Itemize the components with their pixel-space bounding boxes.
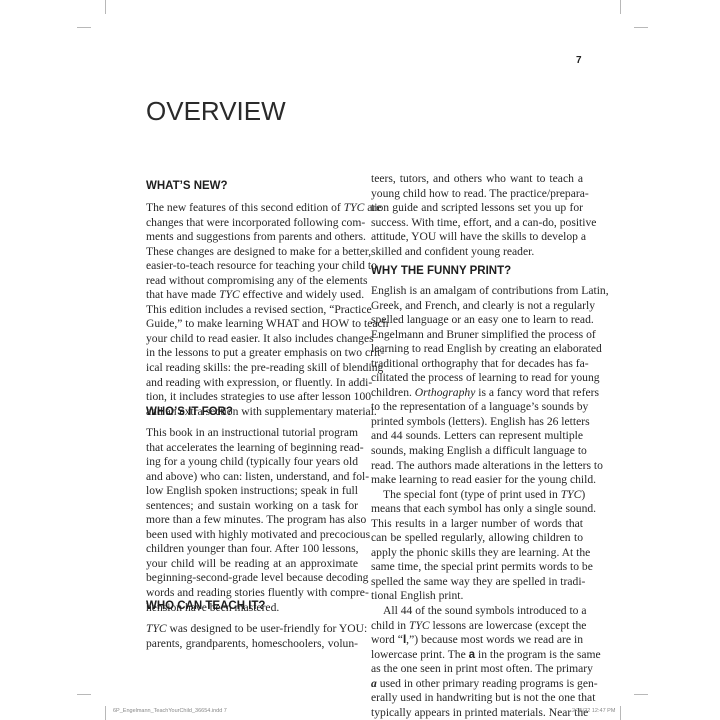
text-line: The new features of this second edition … — [146, 201, 358, 216]
heading-whats-new: WHAT’S NEW? — [146, 180, 228, 192]
text-line: as the one seen in print most often. The… — [371, 662, 583, 677]
text-line: that have made TYC effective and widely … — [146, 288, 358, 303]
text-line: learning to read English by creating an … — [371, 342, 583, 357]
text-line: This book in an instructional tutorial p… — [146, 426, 358, 441]
text-line: sounds, making English a difficult langu… — [371, 444, 583, 459]
text-line: Engelmann and Bruner simplified the proc… — [371, 328, 583, 343]
heading-funny-print: WHY THE FUNNY PRINT? — [371, 265, 511, 277]
footer-file-info: 6P_Engelmann_TeachYourChild_36654.indd 7 — [113, 708, 227, 714]
text-line: traditional orthography that for decades… — [371, 357, 583, 372]
crop-mark-top-left-horizontal — [77, 27, 91, 28]
crop-mark-bottom-right-vertical — [620, 706, 621, 720]
text-line: word “I,”) because most words we read ar… — [371, 633, 583, 648]
text-line: teers, tutors, and others who want to te… — [371, 172, 583, 187]
text-line: and 44 sounds. Letters can represent mul… — [371, 429, 583, 444]
paragraph-funny-print: English is an amalgam of contributions f… — [371, 284, 583, 720]
text-line: low English spoken instructions; speak i… — [146, 484, 358, 499]
text-line: cilitated the process of learning to rea… — [371, 371, 583, 386]
text-line: more than a few minutes. The program has… — [146, 513, 358, 528]
text-line: a used in other primary reading programs… — [371, 677, 583, 692]
footer-timestamp: 2/15/22 12:47 PM — [572, 708, 615, 714]
paragraph-who-can-teach: TYC was designed to be user-friendly for… — [146, 622, 358, 651]
text-line: spelled language or an easy one to learn… — [371, 313, 583, 328]
text-line: This results in a larger number of words… — [371, 517, 583, 532]
text-line: changes that were incorporated following… — [146, 216, 358, 231]
text-line: English is an amalgam of contributions f… — [371, 284, 583, 299]
text-line: skilled and confident young reader. — [371, 245, 583, 260]
text-line: erally used in handwriting but is not th… — [371, 691, 583, 706]
text-line: child in TYC lessons are lowercase (exce… — [371, 619, 583, 634]
text-line: young child how to read. The practice/pr… — [371, 187, 583, 202]
text-line: This edition includes a revised section,… — [146, 303, 358, 318]
paragraph-who-can-teach-continued: teers, tutors, and others who want to te… — [371, 172, 583, 259]
text-line: printed symbols (letters). English has 2… — [371, 415, 583, 430]
text-line: means that each symbol has only a single… — [371, 502, 583, 517]
crop-mark-top-right-vertical — [620, 0, 621, 14]
text-line: easier-to-teach resource for teaching yo… — [146, 259, 358, 274]
text-line: ments and suggestions from parents and o… — [146, 230, 358, 245]
text-line: success. With time, effort, and a can-do… — [371, 216, 583, 231]
text-line: words and reading stories fluently with … — [146, 586, 358, 601]
text-line: tion, it includes strategies to use afte… — [146, 390, 358, 405]
text-line: TYC was designed to be user-friendly for… — [146, 622, 358, 637]
text-line: been used with highly motivated and prec… — [146, 528, 358, 543]
text-line: children. Orthography is a fancy word th… — [371, 386, 583, 401]
text-line: spelled the same way they are spelled in… — [371, 575, 583, 590]
page-number: 7 — [576, 55, 582, 66]
text-line: your child will be reading at an approxi… — [146, 557, 358, 572]
heading-whos-it-for: WHO’S IT FOR? — [146, 406, 233, 418]
text-line: ing for a young child (typically four ye… — [146, 455, 358, 470]
book-page: 7 OVERVIEW WHAT’S NEW? The new features … — [0, 0, 720, 720]
text-line: All 44 of the sound symbols introduced t… — [371, 604, 583, 619]
text-line: apply the phonic skills they are learnin… — [371, 546, 583, 561]
text-line: sentences; and sustain working on a task… — [146, 499, 358, 514]
text-line: children younger than four. After 100 le… — [146, 542, 358, 557]
crop-mark-bottom-right-horizontal — [634, 694, 648, 695]
text-line: and above) who can: listen, understand, … — [146, 470, 358, 485]
text-line: Guide,” to make learning WHAT and HOW to… — [146, 317, 358, 332]
paragraph-whats-new: The new features of this second edition … — [146, 201, 358, 419]
text-line: can be spelled regularly, allowing child… — [371, 531, 583, 546]
text-line: to the representation of a language’s so… — [371, 400, 583, 415]
text-line: parents, grandparents, homeschoolers, vo… — [146, 637, 358, 652]
text-line: that accelerates the learning of beginni… — [146, 441, 358, 456]
text-line: read without compromising any of the ele… — [146, 274, 358, 289]
text-line: in the lessons to put a greater emphasis… — [146, 346, 358, 361]
text-line: read. The authors made alterations in th… — [371, 459, 583, 474]
footer-rule-left — [105, 706, 106, 720]
text-line: Greek, and French, and clearly is not a … — [371, 299, 583, 314]
page-title: OVERVIEW — [146, 96, 286, 127]
text-line: ical reading skills: the pre-reading ski… — [146, 361, 358, 376]
crop-mark-bottom-left-horizontal — [77, 694, 91, 695]
text-line: and reading with expression, or fluently… — [146, 376, 358, 391]
text-line: same time, the special print permits wor… — [371, 560, 583, 575]
crop-mark-top-right-horizontal — [634, 27, 648, 28]
paragraph-whos-it-for: This book in an instructional tutorial p… — [146, 426, 358, 615]
text-line: attitude, YOU will have the skills to de… — [371, 230, 583, 245]
text-line: tional English print. — [371, 589, 583, 604]
text-line: lowercase print. The a in the program is… — [371, 648, 583, 663]
text-line: tion guide and scripted lessons set you … — [371, 201, 583, 216]
heading-who-can-teach: WHO CAN TEACH IT? — [146, 600, 265, 612]
text-line: These changes are designed to make for a… — [146, 245, 358, 260]
text-line: The special font (type of print used in … — [371, 488, 583, 503]
text-line: your child to read easier. It also inclu… — [146, 332, 358, 347]
text-line: beginning-second-grade level because dec… — [146, 571, 358, 586]
text-line: make learning to read easier for the you… — [371, 473, 583, 488]
crop-mark-top-left-vertical — [105, 0, 106, 14]
text-line: typically appears in printed materials. … — [371, 706, 583, 720]
